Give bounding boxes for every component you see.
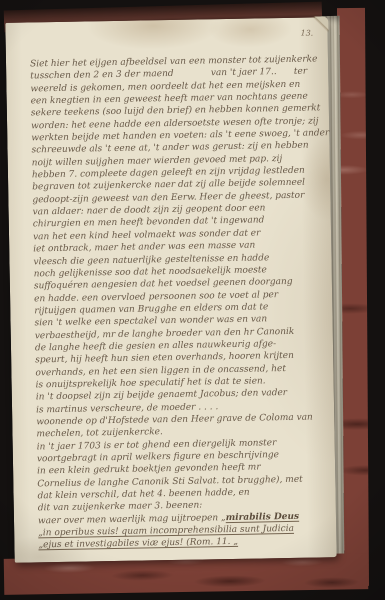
manuscript-text: Siet hier het eijgen afbeeldsel van een … (30, 53, 337, 552)
underlined-latin-quote: mirabilis Deus (226, 512, 300, 523)
underlined-latin-quote: „ejus et investigabiles viæ ejus! (Rom. … (38, 537, 238, 550)
manuscript-photo: 13. Siet hier het eijgen afbeeldsel van … (0, 0, 385, 600)
manuscript-page: 13. Siet hier het eijgen afbeeldsel van … (5, 17, 336, 563)
folio-number: 13. (301, 28, 314, 37)
